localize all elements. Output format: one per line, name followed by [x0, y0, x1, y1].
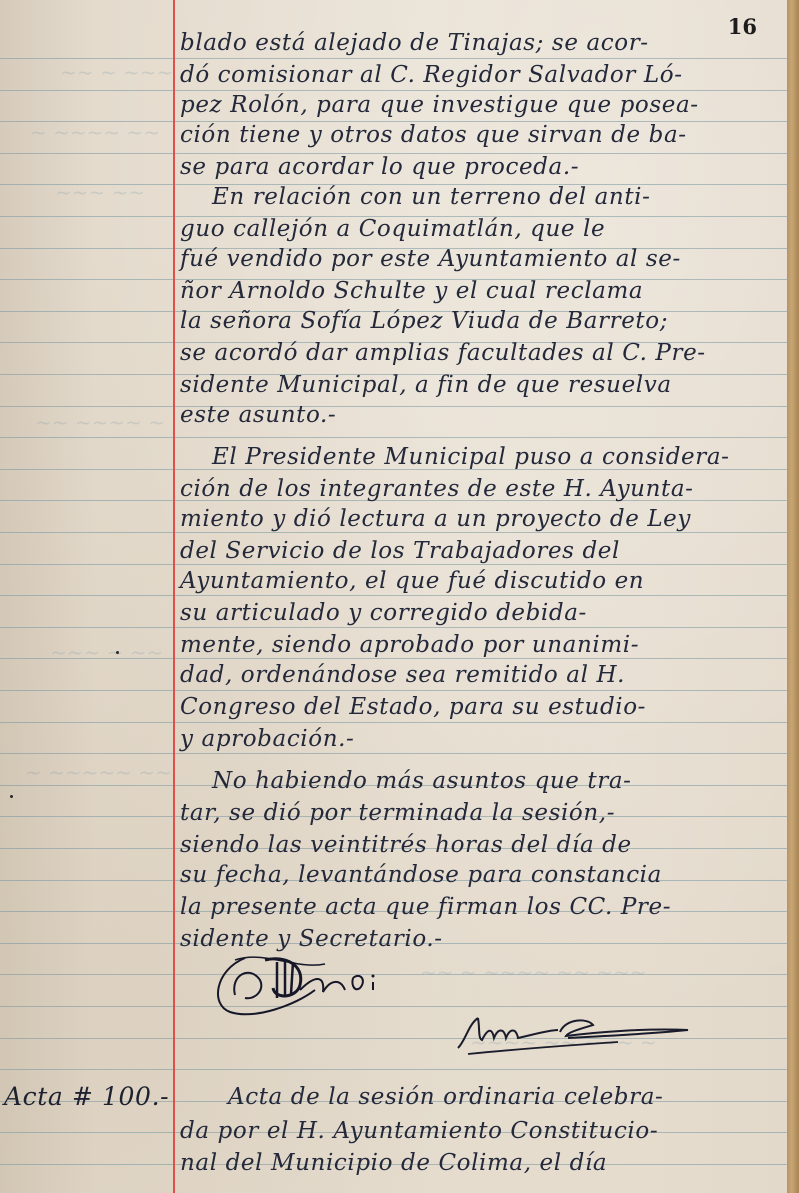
act-heading-line: da por el H. Ayuntamiento Constitucio- — [180, 1120, 658, 1143]
ruled-line — [0, 564, 787, 565]
body-line: ción tiene y otros datos que sirvan de b… — [180, 124, 687, 147]
body-line: su fecha, levantándose para constancia — [180, 864, 662, 887]
body-line: se acordó dar amplias facultades al C. P… — [180, 342, 706, 365]
body-line: guo callejón a Coquimatlán, que le — [180, 218, 605, 241]
body-line: siendo las veintitrés horas del día de — [180, 834, 632, 857]
paragraph-start-line: No habiendo más asuntos que tra- — [212, 770, 632, 793]
bleed-through-text: ~ ~~~~ ~~ — [30, 120, 160, 144]
president-signature — [205, 950, 405, 1030]
body-line: pez Rolón, para que investigue que posea… — [180, 94, 699, 117]
act-heading-line: nal del Municipio de Colima, el día — [180, 1152, 607, 1175]
ink-dot — [10, 795, 13, 798]
bleed-through-text: ~~ ~~~~ ~ — [35, 410, 165, 434]
act-heading-line: Acta de la sesión ordinaria celebra- — [228, 1086, 663, 1109]
body-line: mente, siendo aprobado por unanimi- — [180, 634, 639, 657]
body-line: este asunto.- — [180, 404, 336, 427]
body-line: dad, ordenándose sea remitido al H. — [180, 664, 625, 687]
body-line: Ayuntamiento, el que fué discutido en — [180, 570, 644, 593]
page-number: 16 — [728, 14, 757, 39]
body-line: su articulado y corregido debida- — [180, 602, 587, 625]
bleed-through-text: ~ ~~~~~ ~~ — [25, 760, 172, 784]
ruled-line — [0, 90, 787, 91]
body-line: se para acordar lo que proceda.- — [180, 156, 579, 179]
ruled-line — [0, 406, 787, 407]
ruled-line — [0, 690, 787, 691]
act-number-label: Acta # 100.- — [4, 1084, 169, 1109]
book-page-edge — [787, 0, 799, 1193]
body-line: tar, se dió por terminada la sesión,- — [180, 802, 615, 825]
secretary-signature — [448, 1010, 718, 1060]
body-line: la señora Sofía López Viuda de Barreto; — [180, 310, 668, 333]
ruled-line — [0, 58, 787, 59]
body-line: sidente Municipal, a fin de que resuelva — [180, 374, 672, 397]
body-line: y aprobación.- — [180, 728, 354, 751]
ink-dot — [116, 651, 119, 654]
body-line: miento y dió lectura a un proyecto de Le… — [180, 508, 691, 531]
ruled-line — [0, 627, 787, 628]
bleed-through-text: ~~ ~ ~~~~ ~~ ~~~ — [420, 960, 647, 984]
body-line: del Servicio de los Trabajadores del — [180, 540, 620, 563]
body-line: blado está alejado de Tinajas; se acor- — [180, 32, 649, 55]
ledger-page: ~~ ~ ~~~ ~ ~~~~ ~~ ~~~ ~~ ~~ ~~~~ ~ ~~~ … — [0, 0, 787, 1193]
body-line: sidente y Secretario.- — [180, 928, 443, 951]
bleed-through-text: ~~ ~ ~~~ — [60, 60, 173, 84]
body-line: ñor Arnoldo Schulte y el cual reclama — [180, 280, 643, 303]
body-line: dó comisionar al C. Regidor Salvador Ló- — [180, 64, 683, 87]
body-line: la presente acta que firman los CC. Pre- — [180, 896, 671, 919]
ruled-line — [0, 753, 787, 754]
ruled-line — [0, 595, 787, 596]
bleed-through-text: ~~~ ~~ — [55, 180, 145, 204]
ruled-line — [0, 1069, 787, 1070]
ruled-line — [0, 722, 787, 723]
body-line: ción de los integrantes de este H. Ayunt… — [180, 478, 694, 501]
margin-rule — [173, 0, 175, 1193]
paragraph-start-line: En relación con un terreno del anti- — [212, 186, 651, 209]
ruled-line — [0, 532, 787, 533]
ruled-line — [0, 437, 787, 438]
paragraph-start-line: El Presidente Municipal puso a considera… — [212, 446, 730, 469]
bleed-through-text: ~~~ ~ ~~ — [50, 640, 163, 664]
body-line: fué vendido por este Ayuntamiento al se- — [180, 248, 681, 271]
body-line: Congreso del Estado, para su estudio- — [180, 696, 646, 719]
